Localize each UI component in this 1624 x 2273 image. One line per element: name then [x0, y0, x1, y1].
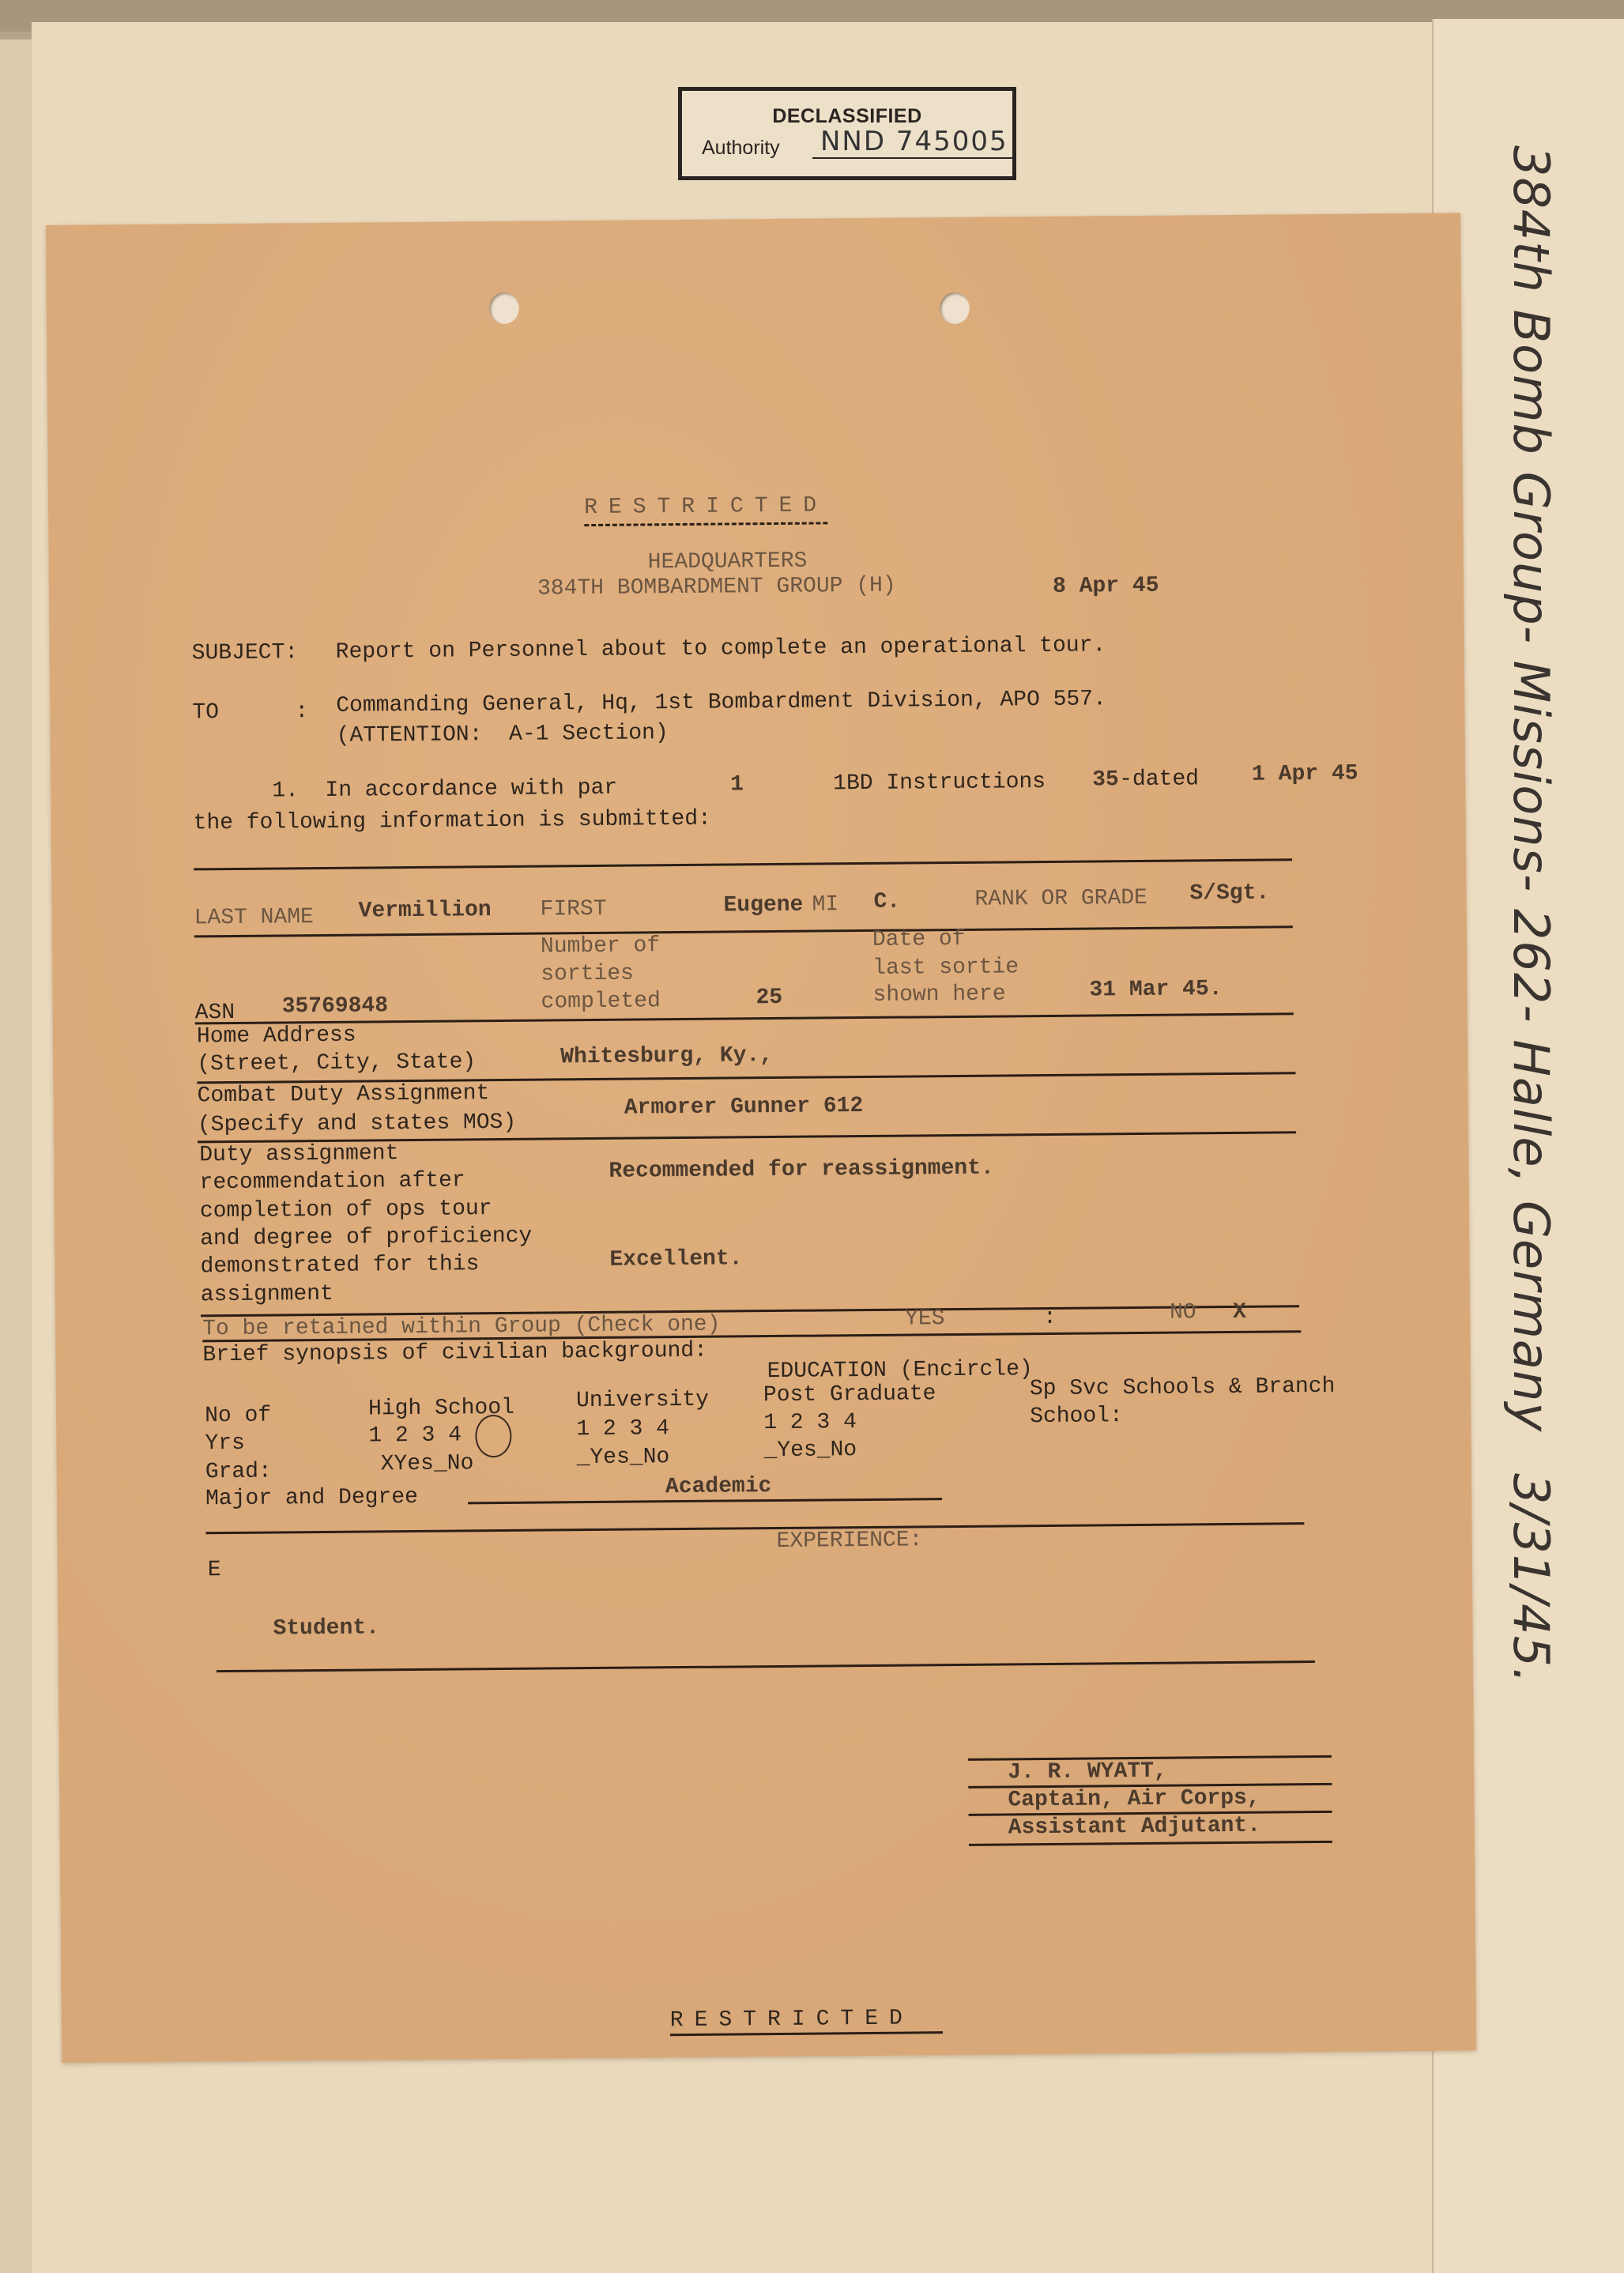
- first-name-label: FIRST: [540, 899, 606, 922]
- sorties-label-3: completed: [541, 990, 660, 1013]
- punch-hole: [940, 292, 970, 324]
- home-value: Whitesburg, Ky.,: [560, 1045, 773, 1069]
- encircled-year-4: [475, 1415, 511, 1457]
- combat-label-2: (Specify and states MOS): [198, 1112, 516, 1137]
- signature-rank: Captain, Air Corps,: [1008, 1788, 1260, 1812]
- duty-label-3: completion of ops tour: [200, 1198, 492, 1223]
- to-line1: Commanding General, Hq, 1st Bombardment …: [336, 688, 1106, 718]
- proficiency-value: Excellent.: [609, 1248, 742, 1271]
- para1-number: 35: [1092, 769, 1119, 791]
- sorties-label-2: sorties: [541, 963, 634, 986]
- form-rule: [194, 858, 1292, 870]
- home-label-1: Home Address: [197, 1025, 356, 1049]
- retained-colon: :: [1043, 1307, 1057, 1329]
- subject-text: Report on Personnel about to complete an…: [336, 635, 1106, 664]
- para1-continuation: the following information is submitted:: [193, 809, 711, 835]
- no-of-label: No of: [205, 1405, 271, 1428]
- major-label: Major and Degree: [205, 1487, 418, 1510]
- para1-par: 1: [730, 774, 744, 796]
- sp-svc-label-2: School:: [1030, 1405, 1123, 1428]
- retained-no: NO: [1170, 1302, 1196, 1324]
- duty-recommendation-value: Recommended for reassignment.: [609, 1158, 994, 1183]
- document-date: 8 Apr 45: [1053, 575, 1159, 598]
- declassified-stamp: DECLASSIFIED Authority NND 745005: [678, 87, 1016, 180]
- para1-instructions: 1BD Instructions: [833, 771, 1046, 795]
- subject-label: SUBJECT:: [192, 642, 299, 665]
- to-line2: (ATTENTION: A-1 Section): [337, 722, 669, 748]
- rank-label: RANK OR GRADE: [974, 888, 1147, 911]
- para1-text: 1. In accordance with par: [272, 778, 617, 803]
- sorties-value: 25: [755, 987, 782, 1009]
- header-line2: 384TH BOMBARDMENT GROUP (H): [537, 575, 896, 601]
- sorties-label-1: Number of: [541, 935, 660, 958]
- rank-value: S/Sgt.: [1189, 883, 1269, 906]
- form-rule: [194, 925, 1293, 937]
- to-colon: :: [295, 701, 308, 723]
- last-sortie-value: 31 Mar 45.: [1089, 978, 1222, 1001]
- duty-label-1: Duty assignment: [199, 1143, 398, 1167]
- duty-label-6: assignment: [201, 1284, 333, 1306]
- document-page: RESTRICTED HEADQUARTERS 384TH BOMBARDMEN…: [46, 213, 1476, 2063]
- duty-label-5: demonstrated for this: [200, 1253, 479, 1278]
- last-name-value: Vermillion: [358, 899, 491, 922]
- combat-value: Armorer Gunner 612: [624, 1095, 864, 1120]
- header-line1: HEADQUARTERS: [648, 551, 808, 575]
- grad-label: Grad:: [205, 1461, 272, 1484]
- high-school-grad: XYes_No: [381, 1453, 474, 1476]
- para1-dated: -dated: [1119, 768, 1199, 791]
- form-rule: [217, 1660, 1315, 1672]
- para1-date: 1 Apr 45: [1252, 763, 1358, 786]
- duty-label-4: and degree of proficiency: [200, 1226, 532, 1251]
- last-sortie-label-3: shown here: [872, 983, 1005, 1006]
- high-school-years: 1 2 3 4: [368, 1424, 462, 1447]
- sp-svc-label-1: Sp Svc Schools & Branch: [1030, 1376, 1336, 1400]
- experience-marker: E: [208, 1559, 221, 1581]
- asn-value: 35769848: [282, 995, 389, 1018]
- first-name-value: Eugene: [723, 895, 803, 918]
- education-label: EDUCATION (Encircle): [767, 1359, 1033, 1383]
- signature-rule: [969, 1841, 1332, 1846]
- experience-value: Student.: [273, 1617, 379, 1640]
- duty-label-2: recommendation after: [199, 1170, 465, 1194]
- experience-label: EXPERIENCE:: [776, 1529, 922, 1553]
- last-sortie-label-2: last sortie: [872, 956, 1019, 980]
- classification-top: RESTRICTED: [584, 495, 827, 526]
- classification-bottom: RESTRICTED: [670, 2008, 914, 2033]
- combat-label-1: Combat Duty Assignment: [198, 1083, 490, 1107]
- to-label: TO: [192, 702, 219, 724]
- form-rule: [205, 1522, 1304, 1534]
- major-value: Academic: [665, 1476, 772, 1498]
- retained-no-mark: X: [1233, 1302, 1246, 1324]
- university-grad: _Yes_No: [577, 1446, 670, 1469]
- yrs-label: Yrs: [205, 1433, 245, 1455]
- last-sortie-label-1: Date of: [872, 929, 966, 952]
- synopsis-label: Brief synopsis of civilian background:: [202, 1340, 707, 1367]
- stamp-authority-value: NND 745005: [812, 126, 1014, 159]
- margin-note-date: 3/31/45.: [1502, 1473, 1560, 1684]
- home-label-2: (Street, City, State): [197, 1051, 476, 1076]
- university-years: 1 2 3 4: [576, 1418, 669, 1441]
- margin-note: 384th Bomb Group- Missions- 262- Halle, …: [1502, 145, 1560, 1432]
- stamp-authority-label: Authority: [702, 137, 780, 160]
- university-label: University: [576, 1389, 709, 1412]
- post-grad-label: Post Graduate: [763, 1383, 936, 1407]
- stamp-title: DECLASSIFIED: [682, 105, 1012, 128]
- punch-hole: [489, 292, 519, 324]
- signature-name: J. R. WYATT,: [1008, 1761, 1167, 1785]
- post-grad-grad: _Yes_No: [763, 1439, 857, 1462]
- retained-yes: YES: [905, 1308, 945, 1330]
- last-name-label: LAST NAME: [194, 907, 314, 929]
- mi-value: C.: [873, 891, 900, 914]
- mi-label: MI: [812, 894, 838, 916]
- post-grad-years: 1 2 3 4: [763, 1412, 857, 1434]
- signature-title: Assistant Adjutant.: [1008, 1815, 1260, 1840]
